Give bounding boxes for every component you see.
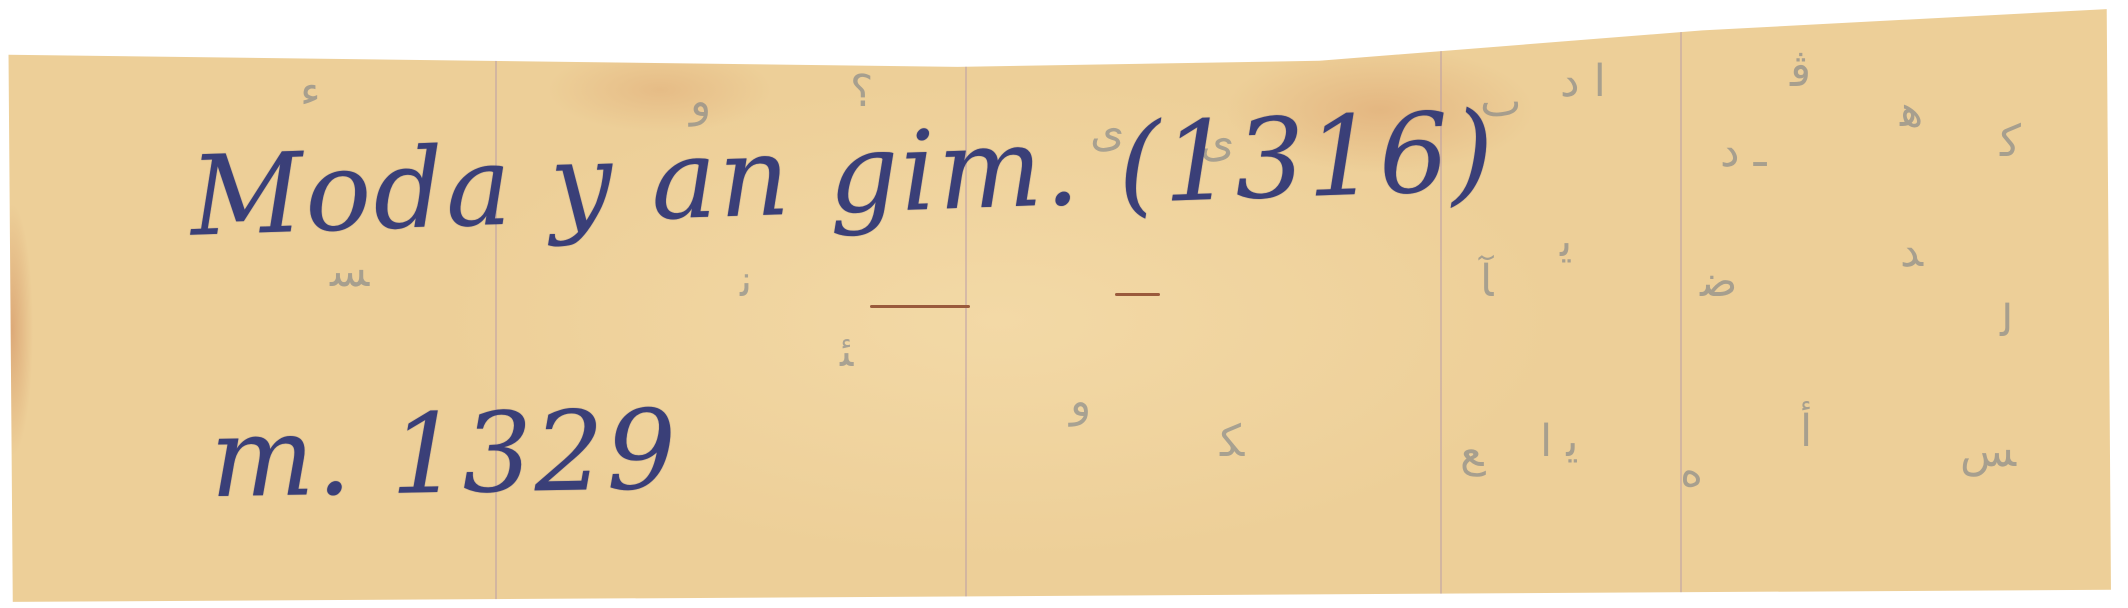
- bleed-through-mark: ﺌ: [840, 330, 853, 374]
- paper-slip: ء و ؟ ى ﻯ ٮ ا د ـ ﺩ ﭬ ﻫ ﮐ ﺂ ﯾ ﺿ ﺪ ﻟ ﻊ ﻳ …: [0, 0, 2128, 608]
- bleed-through-mark: ﻊ: [1460, 430, 1483, 474]
- handwritten-line-2: m. 1329: [209, 386, 679, 522]
- rust-mark: [1115, 293, 1160, 296]
- bleed-through-mark: ﻫ: [1900, 90, 1923, 134]
- bleed-through-mark: ﺿ: [1700, 260, 1737, 304]
- bleed-through-mark: ﻟ: [2000, 300, 2013, 344]
- bleed-through-mark: ﮑ: [1220, 420, 1244, 464]
- bleed-through-mark: ﻩ: [1680, 450, 1703, 494]
- bleed-through-mark: ﭬ: [1790, 50, 1811, 94]
- bleed-through-mark: ﻧ: [740, 260, 752, 304]
- bleed-through-mark: ﻭ: [1070, 380, 1091, 424]
- rust-mark: [870, 305, 970, 308]
- document-canvas: ء و ؟ ى ﻯ ٮ ا د ـ ﺩ ﭬ ﻫ ﮐ ﺂ ﯾ ﺿ ﺪ ﻟ ﻊ ﻳ …: [0, 0, 2128, 608]
- bleed-through-mark: ﺂ: [1480, 260, 1493, 304]
- ruled-line: [1680, 0, 1682, 608]
- bleed-through-mark: ﯾ: [1560, 220, 1572, 264]
- bleed-through-mark: ء: [300, 70, 321, 114]
- handwritten-line-1: Moda y an gim. (1316): [188, 87, 1498, 260]
- bleed-through-mark: ا د: [1560, 60, 1606, 104]
- bleed-through-mark: ﺪ: [1900, 230, 1923, 274]
- bleed-through-mark: ﻳ ا: [1540, 420, 1578, 464]
- bleed-through-mark: ﺃ: [1800, 410, 1812, 454]
- bleed-through-mark: ﺴ: [330, 250, 369, 294]
- bleed-through-mark: ؟: [850, 70, 873, 114]
- bleed-through-mark: ﺲ: [1960, 430, 2016, 474]
- bleed-through-mark: ـ ﺩ: [1720, 130, 1766, 174]
- ruled-line: [965, 0, 967, 608]
- bleed-through-mark: ﮐ: [2000, 120, 2021, 164]
